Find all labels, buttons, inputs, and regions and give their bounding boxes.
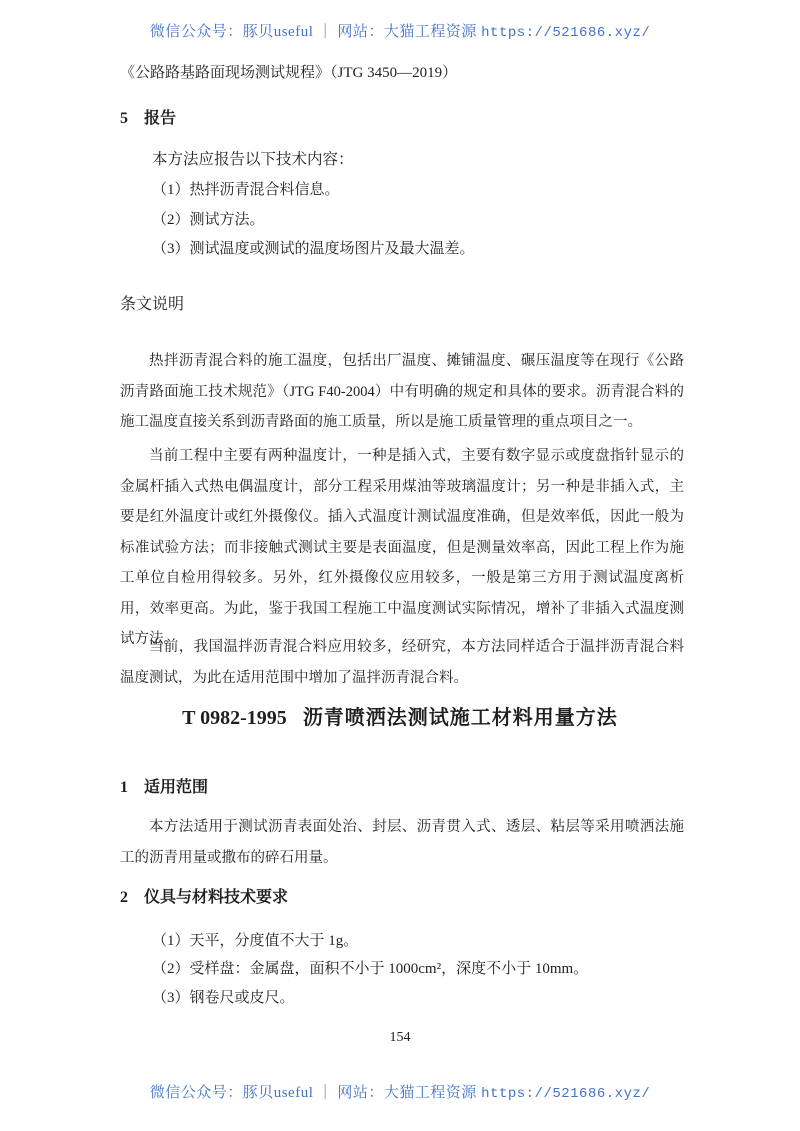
section-5-title: 报告 [144, 110, 176, 127]
equipment-item-1: （1）天平，分度值不大于 1g。 [152, 929, 358, 950]
section-2-title: 仪具与材料技术要求 [144, 889, 288, 906]
report-item-3: （3）测试温度或测试的温度场图片及最大温差。 [152, 237, 475, 258]
footer-url-link[interactable]: https://521686.xyz/ [481, 1086, 650, 1102]
section-1-heading: 1适用范围 [120, 774, 208, 797]
section-2-number: 2 [120, 889, 128, 907]
section-2-heading: 2仪具与材料技术要求 [120, 884, 288, 907]
section-5-number: 5 [120, 110, 128, 128]
report-item-2: （2）测试方法。 [152, 208, 265, 229]
commentary-paragraph-2: 当前工程中主要有两种温度计，一种是插入式，主要有数字显示或度盘指针显示的金属杆插… [120, 441, 684, 655]
method-code: T 0982-1995 [182, 707, 287, 729]
commentary-paragraph-1: 热拌沥青混合料的施工温度，包括出厂温度、摊铺温度、碾压温度等在现行《公路沥青路面… [120, 346, 684, 438]
method-title: 沥青喷洒法测试施工材料用量方法 [303, 707, 618, 729]
page-header: 微信公众号：豚贝useful ｜ 网站：大猫工程资源 https://52168… [0, 20, 800, 41]
page-footer: 微信公众号：豚贝useful ｜ 网站：大猫工程资源 https://52168… [0, 1081, 800, 1102]
commentary-title: 条文说明 [120, 291, 184, 314]
scope-paragraph: 本方法适用于测试沥青表面处治、封层、沥青贯入式、透层、粘层等采用喷洒法施工的沥青… [120, 812, 684, 873]
commentary-paragraph-3: 当前，我国温拌沥青混合料应用较多，经研究，本方法同样适合于温拌沥青混合料温度测试… [120, 632, 684, 693]
footer-promo-text: 微信公众号：豚贝useful ｜ 网站：大猫工程资源 [150, 1085, 477, 1101]
header-promo-text: 微信公众号：豚贝useful ｜ 网站：大猫工程资源 [150, 24, 477, 40]
equipment-item-2: （2）受样盘：金属盘，面积不小于 1000cm²，深度不小于 10mm。 [152, 957, 588, 978]
section-1-number: 1 [120, 779, 128, 797]
report-item-1: （1）热拌沥青混合料信息。 [152, 178, 340, 199]
equipment-item-3: （3）钢卷尺或皮尺。 [152, 986, 295, 1007]
section-5-intro: 本方法应报告以下技术内容： [152, 147, 354, 169]
header-url-link[interactable]: https://521686.xyz/ [481, 25, 650, 41]
page-number: 154 [0, 1030, 800, 1046]
document-page: 微信公众号：豚贝useful ｜ 网站：大猫工程资源 https://52168… [0, 0, 800, 1131]
section-1-title: 适用范围 [144, 779, 208, 796]
doc-reference: 《公路路基路面现场测试规程》（JTG 3450—2019） [120, 61, 457, 82]
method-heading: T 0982-1995沥青喷洒法测试施工材料用量方法 [0, 701, 800, 730]
section-5-heading: 5报告 [120, 105, 176, 128]
